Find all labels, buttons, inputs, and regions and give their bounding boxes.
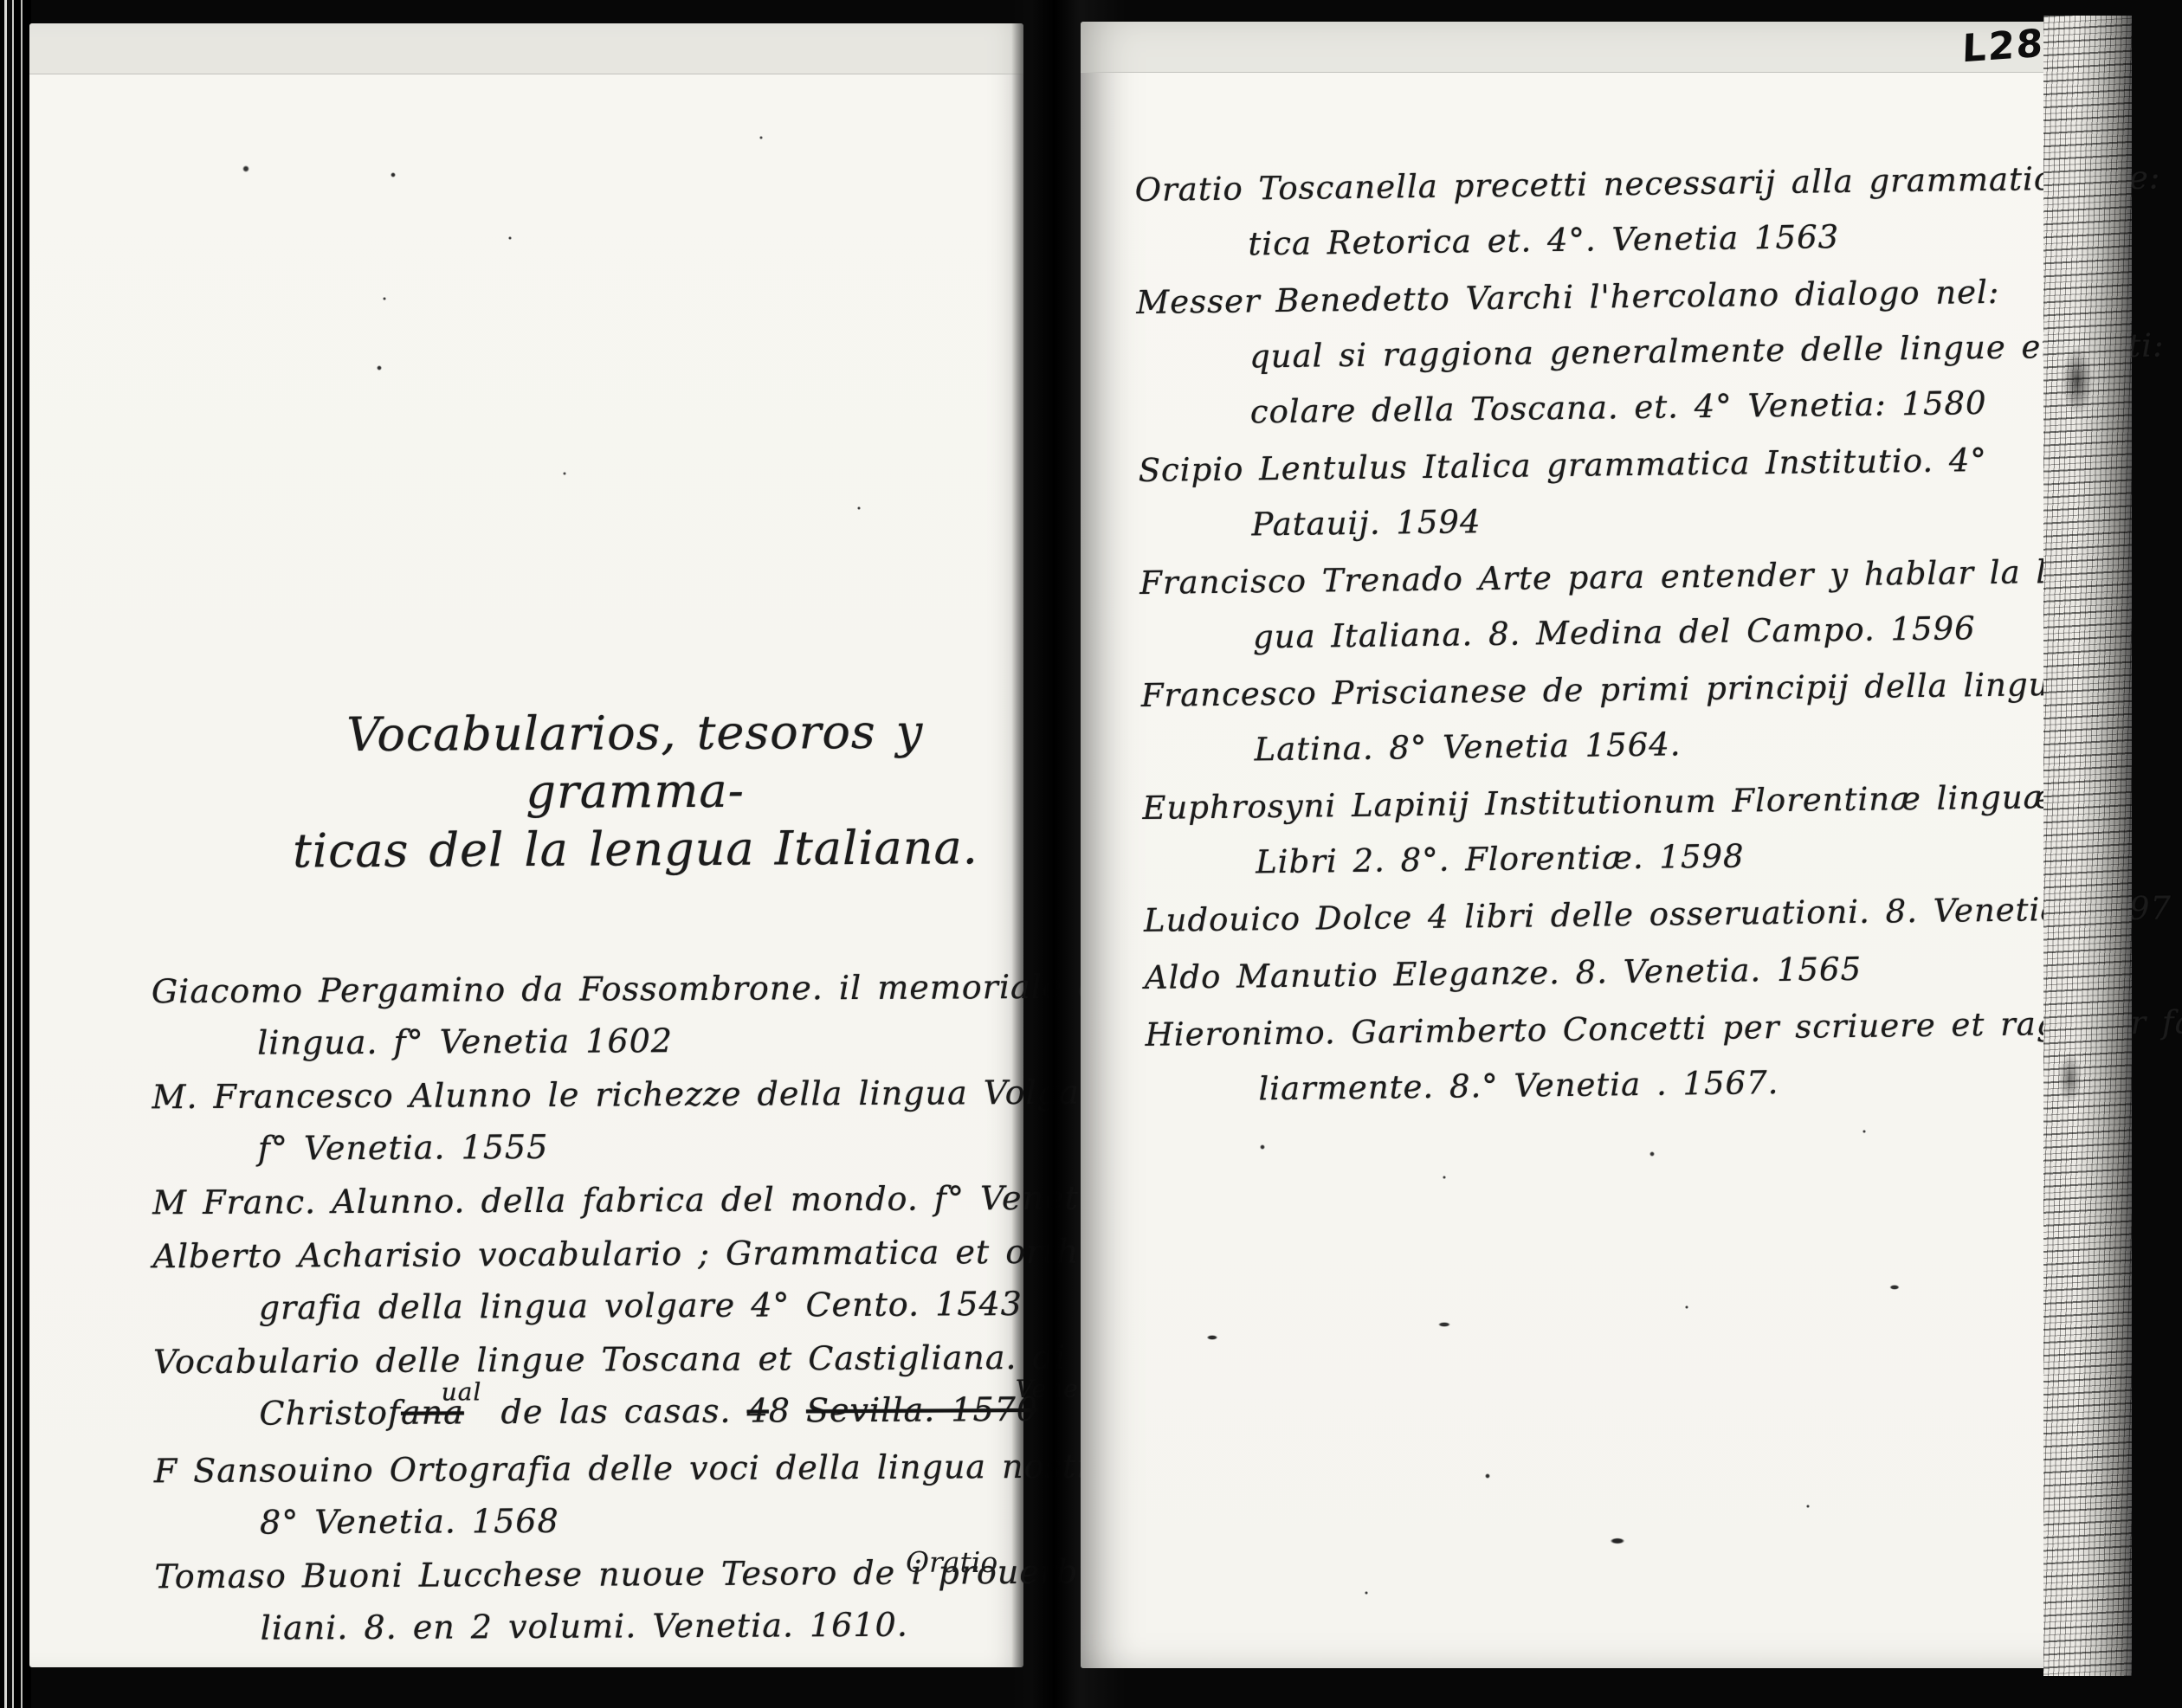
entry-line: Aldo Manutio Eleganze. 8. Venetia. 1565 xyxy=(1144,939,2049,1006)
catalog-entry: F Sansouino Ortografia delle voci della … xyxy=(154,1441,1028,1549)
heading-line-1: Vocabularios, tesoros y gramma- xyxy=(254,702,1017,822)
catalog-entry: Tomaso Buoni Lucchese nuoue Tesoro de i … xyxy=(154,1546,1028,1654)
entry-line: liarmente. 8.° Venetia . 1567. xyxy=(1258,1052,2050,1117)
entry-segment: de las casas. xyxy=(485,1392,746,1432)
entry-line: M Franc. Alunno. della fabrica del mondo… xyxy=(152,1172,1025,1228)
entry-line: Scipio Lentulus Italica grammatica Insti… xyxy=(1138,432,2043,499)
catalog-entry: Giacomo Pergamino da Fossombrone. il mem… xyxy=(152,961,1025,1069)
catalog-entry: Scipio Lentulus Italica grammatica Insti… xyxy=(1138,432,2043,554)
entry-line: Christofanaual de las casas. 48 Sevilla.… xyxy=(259,1383,1026,1443)
catalog-entry: Messer Benedetto Varchi l'hercolano dial… xyxy=(1136,264,2042,442)
book-fore-edge xyxy=(2043,16,2132,1676)
catalog-entry: Alberto Acharisio vocabulario ; Grammati… xyxy=(152,1226,1026,1334)
entry-line: f° Venetia. 1555 xyxy=(258,1118,1025,1175)
entry-line: Giacomo Pergamino da Fossombrone. il mem… xyxy=(152,961,1024,1017)
entry-line: 8° Venetia. 1568 xyxy=(260,1492,1027,1549)
entry-line: Francesco Priscianese de primi principij… xyxy=(1140,657,2045,724)
entry-line: Latina. 8° Venetia 1564. xyxy=(1254,712,2046,777)
entry-line: liani. 8. en 2 volumi. Venetia. 1610. xyxy=(261,1598,1028,1654)
heading-line-2: ticas del la lengua Italiana. xyxy=(255,818,1017,880)
catalog-entry: Vocabulario delle lingue Toscana et Cast… xyxy=(153,1331,1027,1443)
catalog-entry: Oratio Toscanella precetti necessarij al… xyxy=(1134,151,2039,274)
left-page-entries: Giacomo Pergamino da Fossombrone. il mem… xyxy=(152,961,1028,1654)
entry-line: colare della Toscana. et. 4° Venetia: 15… xyxy=(1249,375,2042,440)
entry-line: Alberto Acharisio vocabulario ; Grammati… xyxy=(152,1226,1025,1282)
entry-line: Patauij. 1594 xyxy=(1251,487,2043,552)
catalog-entry: Ludouico Dolce 4 libri delle osseruation… xyxy=(1144,882,2049,949)
entry-line: grafia della lingua volgare 4° Cento. 15… xyxy=(259,1278,1026,1334)
catalog-entry: Francisco Trenado Arte para entender y h… xyxy=(1139,545,2044,667)
entry-segment: 8 xyxy=(769,1391,806,1429)
folio-number: L28 xyxy=(1961,22,2045,72)
catalog-entry: Aldo Manutio Eleganze. 8. Venetia. 1565 xyxy=(1144,939,2049,1006)
entry-line: Oratio Toscanella precetti necessarij al… xyxy=(1134,151,2039,218)
right-page: Oratio Toscanella precetti necessarij al… xyxy=(1081,22,2047,1668)
entry-line: Euphrosyni Lapinij Institutionum Florent… xyxy=(1142,770,2047,836)
entry-line: F Sansouino Ortografia delle voci della … xyxy=(154,1441,1027,1497)
entry-line: tica Retorica et. 4°. Venetia 1563 xyxy=(1248,207,2040,272)
catalog-entry: Hieronimo. Garimberto Concetti per scriu… xyxy=(1145,996,2050,1118)
catalog-entry: Francesco Priscianese de primi principij… xyxy=(1140,657,2045,779)
entry-segment: Christof xyxy=(259,1394,401,1433)
entry-segment-strike: 4 xyxy=(747,1392,769,1430)
catalog-entry: Euphrosyni Lapinij Institutionum Florent… xyxy=(1142,770,2047,892)
section-heading: Vocabularios, tesoros y gramma- ticas de… xyxy=(254,702,1017,880)
entry-line: Tomaso Buoni Lucchese nuoue Tesoro de i … xyxy=(154,1546,1027,1602)
entry-line: Libri 2. 8°. Florentiæ. 1598 xyxy=(1256,825,2048,890)
entry-segment-sup: ual xyxy=(442,1366,482,1418)
entry-line: gua Italiana. 8. Medina del Campo. 1596 xyxy=(1253,600,2045,665)
entry-line: lingua. f° Venetia 1602 xyxy=(257,1013,1024,1069)
catalog-entry: M Franc. Alunno. della fabrica del mondo… xyxy=(152,1172,1025,1228)
entry-line: M. Francesco Alunno le richezze della li… xyxy=(152,1067,1024,1123)
catalog-entry: M. Francesco Alunno le richezze della li… xyxy=(152,1067,1025,1175)
right-page-entries: Oratio Toscanella precetti necessarij al… xyxy=(1134,151,2050,1118)
entry-line: Ludouico Dolce 4 libri delle osseruation… xyxy=(1144,882,2049,949)
entry-line: qual si raggiona generalmente delle ling… xyxy=(1249,319,2042,384)
entry-segment-strike: Sevilla. 1570 xyxy=(806,1390,1038,1429)
scanned-book-spread: Vocabularios, tesoros y gramma- ticas de… xyxy=(0,0,2182,1708)
catchword: Oratio xyxy=(906,1545,997,1579)
entry-line: Hieronimo. Garimberto Concetti per scriu… xyxy=(1145,996,2050,1063)
left-page: Vocabularios, tesoros y gramma- ticas de… xyxy=(29,23,1023,1667)
entry-line: Vocabulario delle lingue Toscana et Cast… xyxy=(153,1331,1026,1388)
